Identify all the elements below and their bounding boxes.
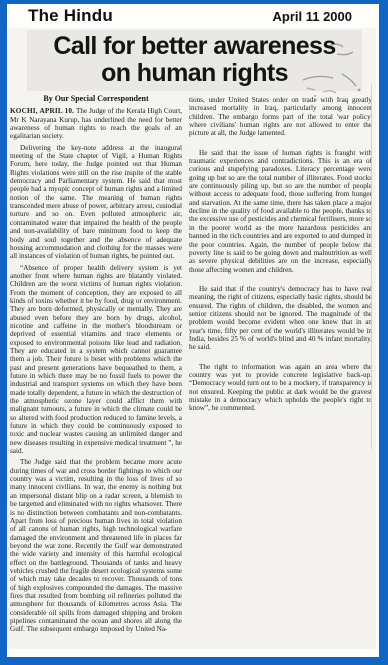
headline-line-2: on human rights xyxy=(27,60,362,87)
paragraph: “Absence of proper health delivery syste… xyxy=(10,264,182,456)
right-column: tions, under United States order on trad… xyxy=(189,95,372,634)
headline-line-1: Call for better awareness xyxy=(27,33,362,60)
byline: By Our Special Correspondent xyxy=(10,95,182,103)
paragraph: tions, under United States order on trad… xyxy=(189,96,372,138)
masthead-row: The Hindu April 11 2000 xyxy=(7,4,376,28)
paragraph: The Judge said that the problem became m… xyxy=(10,458,182,633)
paragraph: He said that if the country's democracy … xyxy=(189,285,372,352)
paragraph: KOCHI, APRIL 10. The Judge of the Kerala… xyxy=(10,107,182,140)
paragraph: Delivering the key-note address at the i… xyxy=(10,144,182,261)
paper-crease-line xyxy=(371,84,372,449)
left-column: By Our Special Correspondent KOCHI, APRI… xyxy=(10,95,182,634)
paragraph: The right to information was again an ar… xyxy=(189,363,372,413)
photo-border-frame: The Hindu April 11 2000 Call for better … xyxy=(0,0,388,665)
masthead-title: The Hindu xyxy=(28,6,113,26)
dateline: KOCHI, APRIL 10. xyxy=(10,107,74,115)
article-headline: Call for better awareness on human right… xyxy=(27,30,362,91)
paragraph: He said that the issue of human rights i… xyxy=(189,149,372,274)
page-date: April 11 2000 xyxy=(273,9,353,24)
newspaper-clipping: The Hindu April 11 2000 Call for better … xyxy=(7,4,376,649)
article-columns: By Our Special Correspondent KOCHI, APRI… xyxy=(7,93,376,634)
